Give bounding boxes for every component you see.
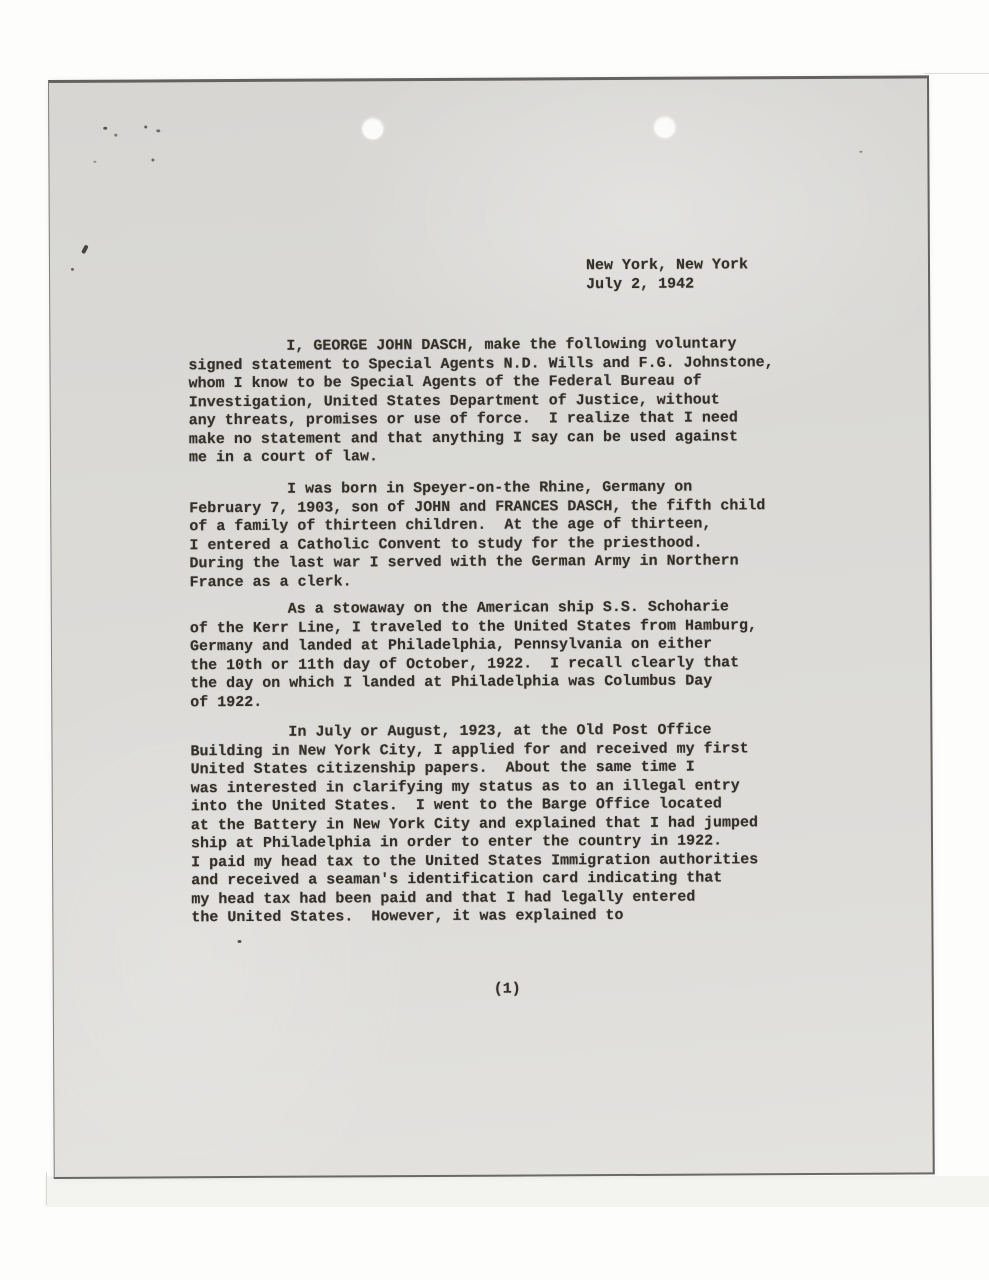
statement-paragraph-3: As a stowaway on the American ship S.S. …: [190, 598, 806, 712]
dust-speck: [93, 161, 96, 163]
dust-speck: [151, 158, 154, 161]
document-page: New York, New York July 2, 1942 I, GEORG…: [48, 75, 935, 1179]
dust-speck: [103, 127, 107, 130]
scan-edge-strip: [45, 1176, 989, 1207]
page-number: (1): [494, 981, 521, 1000]
punch-hole-left: [362, 118, 383, 139]
scan-artifact-line: [924, 73, 989, 74]
pen-mark: [81, 244, 89, 254]
dust-speck: [859, 151, 862, 153]
statement-paragraph-1: I, GEORGE JOHN DASCH, make the following…: [188, 335, 804, 468]
statement-paragraph-2: I was born in Speyer-on-the Rhine, Germa…: [189, 478, 805, 592]
dust-speck: [71, 268, 74, 271]
statement-paragraph-4: In July or August, 1923, at the Old Post…: [190, 721, 806, 928]
dateline: New York, New York July 2, 1942: [586, 256, 748, 294]
dust-speck: [144, 125, 147, 128]
scan-background: New York, New York July 2, 1942 I, GEORG…: [0, 0, 989, 1280]
punch-hole-right: [654, 117, 675, 138]
dust-speck: [156, 129, 160, 132]
dust-speck: [114, 134, 117, 137]
dust-speck: [238, 940, 242, 943]
scan-edge-tail: [46, 1172, 47, 1205]
